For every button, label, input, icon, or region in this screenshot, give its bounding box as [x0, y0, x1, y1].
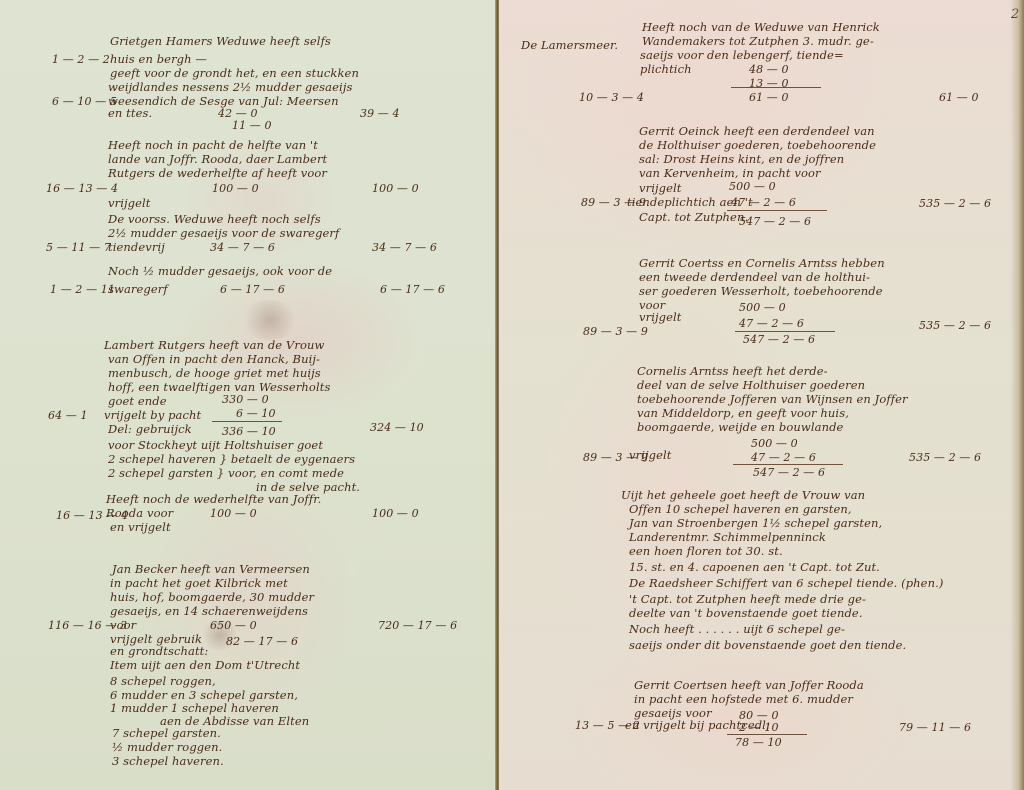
entry-line: 't Capt. tot Zutphen heeft mede drie ge- [629, 594, 866, 606]
entry-line: de Holthuiser goederen, toebehoorende [639, 140, 876, 152]
sum-amount: 547 — 2 — 6 [739, 216, 811, 227]
entry-line: 2 schepel garsten } voor, en comt mede [108, 468, 344, 480]
right-page: 2 De Lamersmeer. Heeft noch van de Weduw… [499, 0, 1024, 790]
entry-line: Wandemakers tot Zutphen 3. mudr. ge- [642, 36, 874, 48]
entry-line: plichtich [640, 64, 692, 76]
total-amount: 535 — 2 — 6 [919, 198, 991, 209]
total-amount: 39 — 4 [360, 108, 400, 119]
entry-line: lande van Joffr. Rooda, daer Lambert [108, 154, 327, 166]
page-edge [1010, 0, 1024, 790]
entry-line: weijdlandes nessens 2½ mudder gesaeijs [108, 82, 353, 94]
ledger-spread: Grietgen Hamers Weduwe heeft selfs 1 — 2… [0, 0, 1024, 790]
entry-line: huis en bergh — [110, 54, 207, 66]
total-amount: 6 — 17 — 6 [380, 284, 445, 295]
entry-line: De Raedsheer Schiffert van 6 schepel tie… [629, 578, 943, 590]
entry-line: Cornelis Arntss heeft het derde- [637, 366, 828, 378]
margin-amount: 89 — 3 — 9 [583, 326, 648, 337]
entry-line: De voorss. Weduwe heeft noch selfs [108, 214, 321, 226]
sum-rule [735, 331, 835, 332]
sum-amount: 650 — 0 [210, 620, 257, 631]
entry-line: een hoen floren tot 30. st. [629, 546, 783, 558]
sum-amount: 78 — 10 [735, 737, 782, 748]
entry-line: toebehoorende Jofferen van Wijnsen en Jo… [637, 394, 908, 406]
entry-line: sal: Drost Heins kint, en de joffren [639, 154, 844, 166]
entry-line: Noch heeft . . . . . . uijt 6 schepel ge… [629, 624, 845, 636]
sum-rule [733, 464, 843, 465]
sum-amount: 11 — 0 [232, 120, 272, 131]
entry-line: vrijgelt by pacht [104, 410, 201, 422]
side-heading: De Lamersmeer. [521, 40, 618, 52]
entry-line: van Middeldorp, en geeft voor huis, [637, 408, 849, 420]
entry-line: voor [110, 620, 136, 632]
entry-line: Heeft noch de wederhelfte van Joffr. [106, 494, 321, 506]
total-amount: 535 — 2 — 6 [919, 320, 991, 331]
sum-amount: 547 — 2 — 6 [753, 467, 825, 478]
sum-amount: 47 — 2 — 6 [751, 452, 816, 463]
sum-amount: 330 — 0 [222, 394, 269, 405]
entry-line: huis, hof, boomgaerde, 30 mudder [110, 592, 314, 604]
entry-line: van Offen in pacht den Hanck, Buij- [108, 354, 320, 366]
entry-line: Gerrit Oeinck heeft een derdendeel van [639, 126, 875, 138]
sum-amount: 42 — 0 [218, 108, 258, 119]
sum-amount: 500 — 0 [739, 302, 786, 313]
entry-line: menbusch, de hooge griet met huijs [108, 368, 321, 380]
entry-line: 2 schepel haveren } betaelt de eygenaers [108, 454, 355, 466]
entry-line: 8 schepel roggen, [110, 676, 216, 688]
entry-line: deelte van 't bovenstaende goet tiende. [629, 608, 863, 620]
entry-line: Rutgers de wederhelfte af heeft voor [108, 168, 327, 180]
entry-line: en grondtschatt: [110, 646, 208, 658]
entry-line: vrijgelt [108, 198, 151, 210]
entry-line: Gerrit Coertss en Cornelis Arntss hebben [639, 258, 885, 270]
entry-line: deel van de selve Holthuiser goederen [637, 380, 865, 392]
entry-line: Noch ½ mudder gesaeijs, ook voor de [108, 266, 332, 278]
entry-line: in pacht het goet Kilbrick met [110, 578, 288, 590]
entry-line: hoff, een twaelftigen van Wesserholts [108, 382, 330, 394]
total-amount: 79 — 11 — 6 [899, 722, 971, 733]
total-amount: 61 — 0 [939, 92, 979, 103]
sum-amount: 500 — 0 [729, 181, 776, 192]
left-page: Grietgen Hamers Weduwe heeft selfs 1 — 2… [0, 0, 497, 790]
sum-amount: 34 — 7 — 6 [210, 242, 275, 253]
total-amount: 324 — 10 [370, 422, 424, 433]
sum-amount: 82 — 17 — 6 [226, 636, 298, 647]
entry-line: swaregerf [108, 284, 168, 296]
margin-amount: 10 — 3 — 4 [579, 92, 644, 103]
entry-line: en vrijgelt [110, 522, 171, 534]
entry-line: ½ mudder roggen. [112, 742, 222, 754]
sum-amount: 336 — 10 [222, 426, 276, 437]
entry-line: 2½ mudder gesaeijs voor de swaregerf [108, 228, 339, 240]
entry-line: Offen 10 schepel haveren en garsten, [629, 504, 852, 516]
sum-amount: 2 — 10 [739, 722, 779, 733]
entry-line: boomgaerde, weijde en bouwlande [637, 422, 843, 434]
entry-line: Rooda voor [106, 508, 173, 520]
entry-line: Gerrit Coertsen heeft van Joffer Rooda [634, 680, 864, 692]
entry-line: 1 mudder 1 schepel haveren [110, 703, 279, 715]
entry-line: Capt. tot Zutphen. [639, 212, 748, 224]
entry-line: Heeft noch van de Weduwe van Henrick [642, 22, 880, 34]
entry-line: voor Stockheyt uijt Holtshuiser goet [108, 440, 323, 452]
sum-rule [731, 87, 821, 88]
sum-amount: 6 — 17 — 6 [220, 284, 285, 295]
entry-line: in pacht een hofstede met 6. mudder [634, 694, 853, 706]
entry-line: saeijs voor den lebengerf, tiende= [640, 50, 844, 62]
entry-line: Heeft noch in pacht de helfte van 't [108, 140, 318, 152]
entry-line: Grietgen Hamers Weduwe heeft selfs [110, 36, 331, 48]
entry-line: 7 schepel garsten. [112, 728, 221, 740]
entry-line: 3 schepel haveren. [112, 756, 224, 768]
sum-amount: 547 — 2 — 6 [743, 334, 815, 345]
entry-line: tiendevrij [108, 242, 165, 254]
sum-amount: 47 — 2 — 6 [739, 318, 804, 329]
sum-amount: 100 — 0 [210, 508, 257, 519]
entry-line: vrijgelt [639, 183, 682, 195]
sum-amount: 100 — 0 [212, 183, 259, 194]
entry-line: Uijt het geheele goet heeft de Vrouw van [621, 490, 865, 502]
sum-rule [727, 734, 807, 735]
margin-amount: 1 — 2 — 2 [52, 54, 110, 65]
sum-amount: 61 — 0 [749, 92, 789, 103]
total-amount: 720 — 17 — 6 [378, 620, 457, 631]
entry-line: Del: gebruijck [108, 424, 192, 436]
sum-amount: 6 — 10 [236, 408, 276, 419]
entry-line: goet ende [108, 396, 167, 408]
entry-line: gesaeijs, en 14 schaerenweijdens [110, 606, 308, 618]
entry-line: vrijgelt [639, 312, 682, 324]
entry-line: een tweede derdendeel van de holthui- [639, 272, 870, 284]
entry-line: Lambert Rutgers heeft van de Vrouw [104, 340, 324, 352]
entry-line: Item uijt aen den Dom t'Utrecht [110, 660, 300, 672]
total-amount: 34 — 7 — 6 [372, 242, 437, 253]
total-amount: 100 — 0 [372, 183, 419, 194]
entry-line: Jan van Stroenbergen 1½ schepel garsten, [629, 518, 882, 530]
margin-amount: 5 — 11 — 7 [46, 242, 111, 253]
entry-line: Jan Becker heeft van Vermeersen [112, 564, 310, 576]
entry-line: vrijgelt [629, 450, 672, 462]
sum-amount: 48 — 0 [749, 64, 789, 75]
total-amount: 100 — 0 [372, 508, 419, 519]
entry-line: saeijs onder dit bovenstaende goet den t… [629, 640, 906, 652]
entry-line: Landerentmr. Schimmelpenninck [629, 532, 826, 544]
margin-amount: 1 — 2 — 11 [50, 284, 115, 295]
sum-amount: 47 — 2 — 6 [731, 197, 796, 208]
entry-line: ser goederen Wesserholt, toebehoorende [639, 286, 883, 298]
entry-line: en ttes. [108, 108, 152, 120]
entry-line: geeft voor de grondt het, en een stuckke… [110, 68, 359, 80]
margin-amount: 16 — 13 — 4 [46, 183, 118, 194]
sum-rule [212, 421, 282, 422]
entry-line: 6 mudder en 3 schepel garsten, [110, 690, 298, 702]
entry-line: 15. st. en 4. capoenen aen 't Capt. tot … [629, 562, 880, 574]
ink-stain [240, 300, 300, 340]
sum-amount: 500 — 0 [751, 438, 798, 449]
margin-amount: 64 — 1 [48, 410, 88, 421]
entry-line: van Kervenheim, in pacht voor [639, 168, 821, 180]
total-amount: 535 — 2 — 6 [909, 452, 981, 463]
